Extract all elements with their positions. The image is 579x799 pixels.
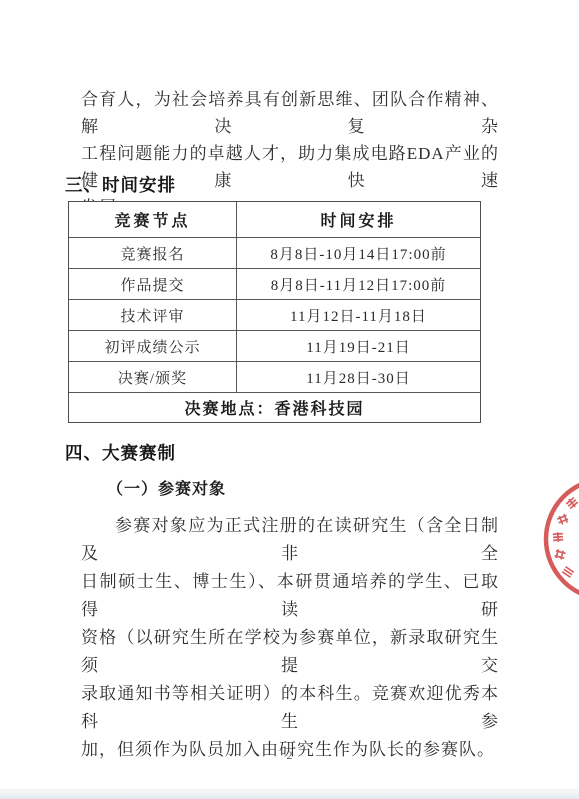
table-cell-date: 11月19日-21日 xyxy=(237,331,480,361)
page-edge-shadow xyxy=(0,789,579,799)
table-cell-milestone: 作品提交 xyxy=(69,269,237,299)
table-cell-milestone: 技术评审 xyxy=(69,300,237,330)
table-row: 决赛/颁奖 11月28日-30日 xyxy=(69,361,480,392)
table-row: 作品提交 8月8日-11月12日17:00前 xyxy=(69,268,480,299)
section-title-time-schedule: 三、时间安排 xyxy=(65,176,176,194)
paragraph-line: 合育人，为社会培养具有创新思维、团队合作精神、解决复杂 xyxy=(81,86,499,140)
eligibility-paragraph: 参赛对象应为正式注册的在读研究生（含全日制及非全 日制硕士生、博士生）、本研贯通… xyxy=(81,512,499,764)
table-header-row: 竞赛节点 时间安排 xyxy=(69,202,480,237)
table-footer-final-location: 决赛地点：香港科技园 xyxy=(69,392,480,422)
table-cell-date: 8月8日-10月14日17:00前 xyxy=(237,238,480,268)
table-cell-date: 8月8日-11月12日17:00前 xyxy=(237,269,480,299)
official-seal-stamp-icon xyxy=(534,472,579,607)
table-cell-milestone: 决赛/颁奖 xyxy=(69,362,237,392)
page-number: 2 xyxy=(0,748,579,763)
table-cell-milestone: 初评成绩公示 xyxy=(69,331,237,361)
paragraph-line: 日制硕士生、博士生）、本研贯通培养的学生、已取得读研 xyxy=(81,568,499,624)
table-header-cell: 竞赛节点 xyxy=(69,202,237,237)
paragraph-line: 录取通知书等相关证明）的本科生。竞赛欢迎优秀本科生参 xyxy=(81,680,499,736)
table-cell-date: 11月28日-30日 xyxy=(237,362,480,392)
paragraph-line: 参赛对象应为正式注册的在读研究生（含全日制及非全 xyxy=(81,512,499,568)
table-cell-milestone: 竞赛报名 xyxy=(69,238,237,268)
table-row: 技术评审 11月12日-11月18日 xyxy=(69,299,480,330)
table-row: 初评成绩公示 11月19日-21日 xyxy=(69,330,480,361)
table-row: 竞赛报名 8月8日-10月14日17:00前 xyxy=(69,237,480,268)
document-page: 合育人，为社会培养具有创新思维、团队合作精神、解决复杂 工程问题能力的卓越人才，… xyxy=(0,0,579,799)
paragraph-line: 资格（以研究生所在学校为参赛单位，新录取研究生须提交 xyxy=(81,624,499,680)
table-header-cell: 时间安排 xyxy=(237,202,480,237)
table-cell-date: 11月12日-11月18日 xyxy=(237,300,480,330)
subsection-title-eligibility: （一）参赛对象 xyxy=(107,481,226,498)
schedule-table: 竞赛节点 时间安排 竞赛报名 8月8日-10月14日17:00前 作品提交 8月… xyxy=(68,201,481,423)
section-title-competition-format: 四、大赛赛制 xyxy=(65,444,176,462)
